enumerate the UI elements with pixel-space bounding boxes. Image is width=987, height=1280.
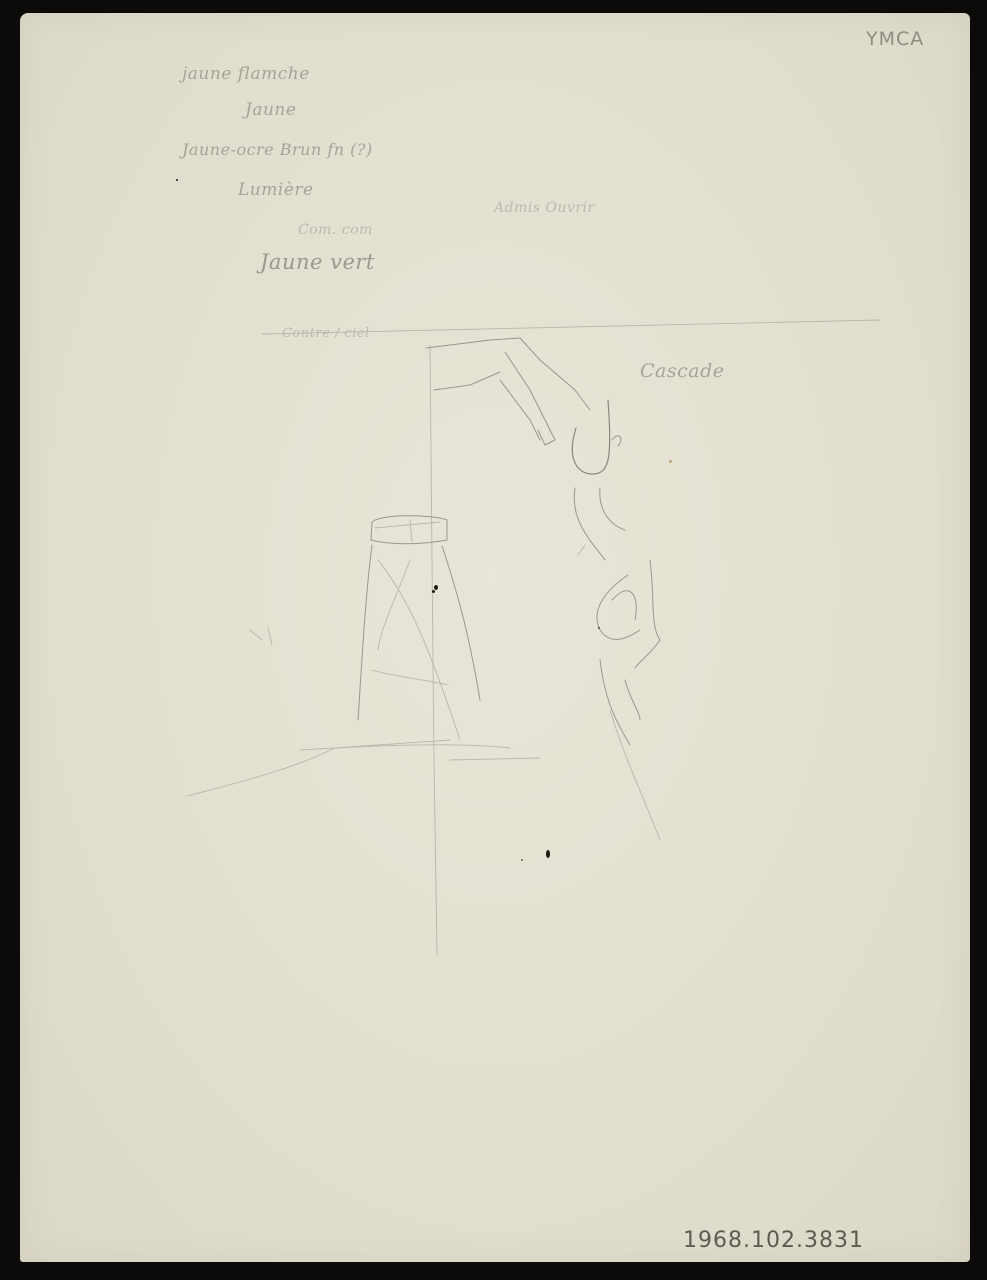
note-line-1: jaune flamche: [182, 64, 310, 84]
foxing-speck: [598, 627, 600, 629]
foxing-speck: [546, 850, 550, 858]
note-line-8: Contre / ciel: [282, 326, 370, 341]
note-line-2: Jaune: [245, 100, 296, 120]
note-line-3: Jaune-ocre Brun fn (?): [182, 140, 373, 159]
scan-background: jaune flamche Jaune Jaune-ocre Brun fn (…: [0, 0, 987, 1280]
vertical-guide-line: [430, 345, 437, 955]
foxing-speck: [434, 585, 438, 590]
foxing-speck: [432, 590, 435, 593]
ymca-label: YMCA: [866, 28, 924, 50]
note-line-6: Admis Ouvrir: [494, 200, 595, 216]
foxing-speck: [521, 859, 523, 861]
accession-number: 1968.102.3831: [683, 1228, 864, 1253]
pencil-sketch: [0, 0, 987, 1280]
note-line-4: Lumière: [238, 180, 314, 200]
foxing-speck: [176, 179, 178, 181]
foxing-speck: [669, 460, 672, 463]
note-cascade: Cascade: [640, 360, 725, 382]
note-line-5: Com. com: [298, 222, 373, 238]
note-line-7: Jaune vert: [260, 250, 375, 274]
